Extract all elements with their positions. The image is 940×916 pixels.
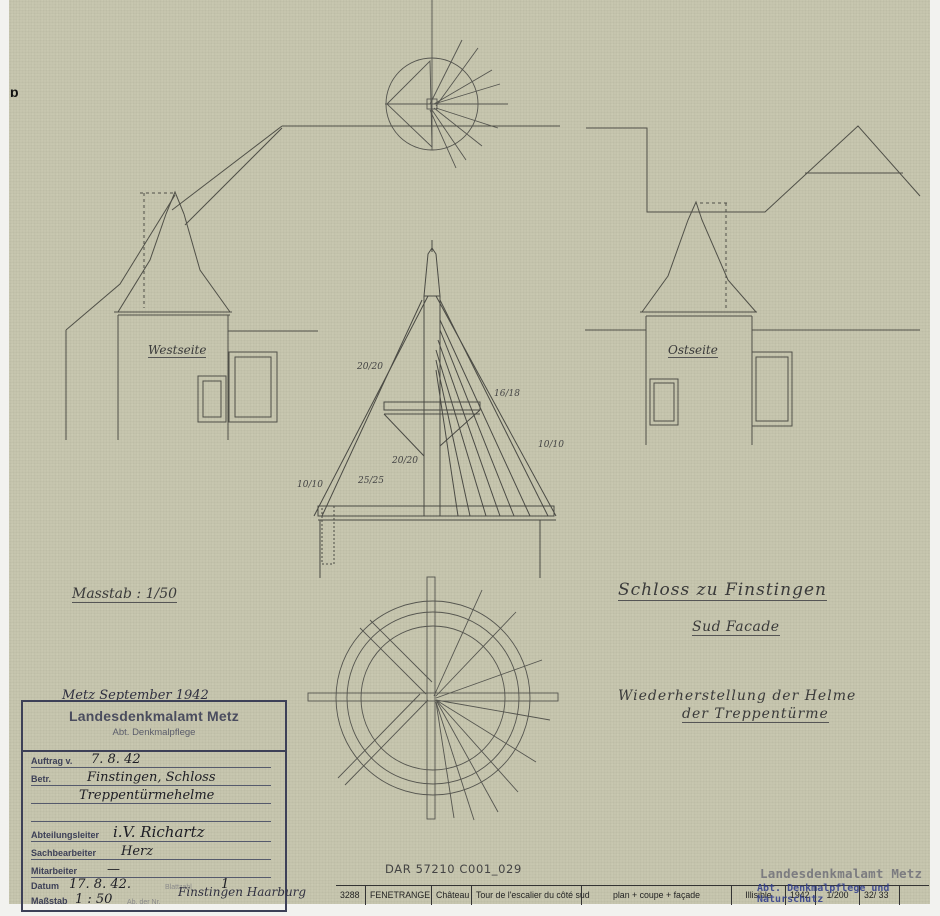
stamp-label: Maßstab — [31, 896, 68, 906]
dimension-label: 25/25 — [358, 476, 384, 486]
catalog-cell-location: FENETRANGE — [366, 886, 432, 905]
stamp-organization: Landesdenkmalamt Metz — [23, 708, 285, 724]
catalog-cell-number: 3288 — [336, 886, 366, 905]
top-plan-view — [385, 0, 508, 168]
stamp-value: i.V. Richartz — [113, 823, 205, 841]
stamp-department: Abt. Denkmalpflege — [23, 727, 285, 738]
bottom-plan-view — [308, 577, 558, 820]
title-stair-towers: der Treppentürme — [682, 706, 829, 723]
stamp-row-head-of-dept: Abteilungsleiter i.V. Richartz — [31, 824, 271, 842]
stamp-label: Betr. — [31, 774, 51, 784]
office-stamp-card: Landesdenkmalamt Metz Abt. Denkmalpflege… — [21, 700, 287, 912]
dimension-label: 16/18 — [494, 389, 520, 399]
catalog-cell-content: plan + coupe + façade — [582, 886, 732, 905]
scale-note: Masstab : 1/50 — [72, 586, 177, 603]
stamp-value: Herz — [121, 844, 153, 859]
east-side-label: Ostseite — [668, 343, 718, 358]
grey-office-stamp: Landesdenkmalamt Metz — [760, 866, 922, 881]
east-elevation — [585, 126, 920, 445]
stamp-row-clerk: Sachbearbeiter Herz — [31, 842, 271, 860]
stamp-row-blank — [31, 804, 271, 822]
stamp-value: Finstingen, Schloss — [87, 770, 216, 785]
stamp-value: 7. 8. 42 — [91, 752, 141, 767]
title-restoration: Wiederherstellung der Helme — [618, 688, 856, 704]
stamp-label: Auftrag v. — [31, 756, 72, 766]
dimension-label: 10/10 — [538, 440, 564, 450]
catalog-cell-building: Château — [432, 886, 472, 905]
stamp-label: Abteilungsleiter — [31, 830, 99, 840]
stamp-faint-label: Ab. der Nr. — [127, 899, 160, 906]
stamp-header: Landesdenkmalamt Metz Abt. Denkmalpflege — [23, 708, 285, 752]
stamp-row-order: Auftrag v. 7. 8. 42 — [31, 750, 271, 768]
signature-note: Finstingen Haarburg — [178, 885, 306, 899]
dimension-label: 20/20 — [392, 456, 418, 466]
west-side-label: Westseite — [148, 343, 206, 358]
title-facade: Sud Facade — [692, 619, 780, 636]
stamp-label: Sachbearbeiter — [31, 848, 96, 858]
blue-office-stamp: Abt. Denkmalpflege und Naturschutz — [757, 883, 940, 905]
dimension-label: 10/10 — [297, 480, 323, 490]
spire-section — [314, 240, 556, 578]
dimension-label: 20/20 — [357, 362, 383, 372]
corner-mark: ɒ — [10, 84, 19, 100]
archive-id: DAR 57210 C001_029 — [385, 862, 522, 876]
catalog-cell-subject: Tour de l'escalier du côté sud — [472, 886, 582, 905]
title-castle: Schloss zu Finstingen — [618, 580, 827, 601]
stamp-value: Treppentürmehelme — [79, 788, 214, 803]
stamp-value: 1 : 50 — [75, 892, 112, 907]
stamp-row-subject-cont: Treppentürmehelme — [31, 786, 271, 804]
stamp-row-subject: Betr. Finstingen, Schloss — [31, 768, 271, 786]
